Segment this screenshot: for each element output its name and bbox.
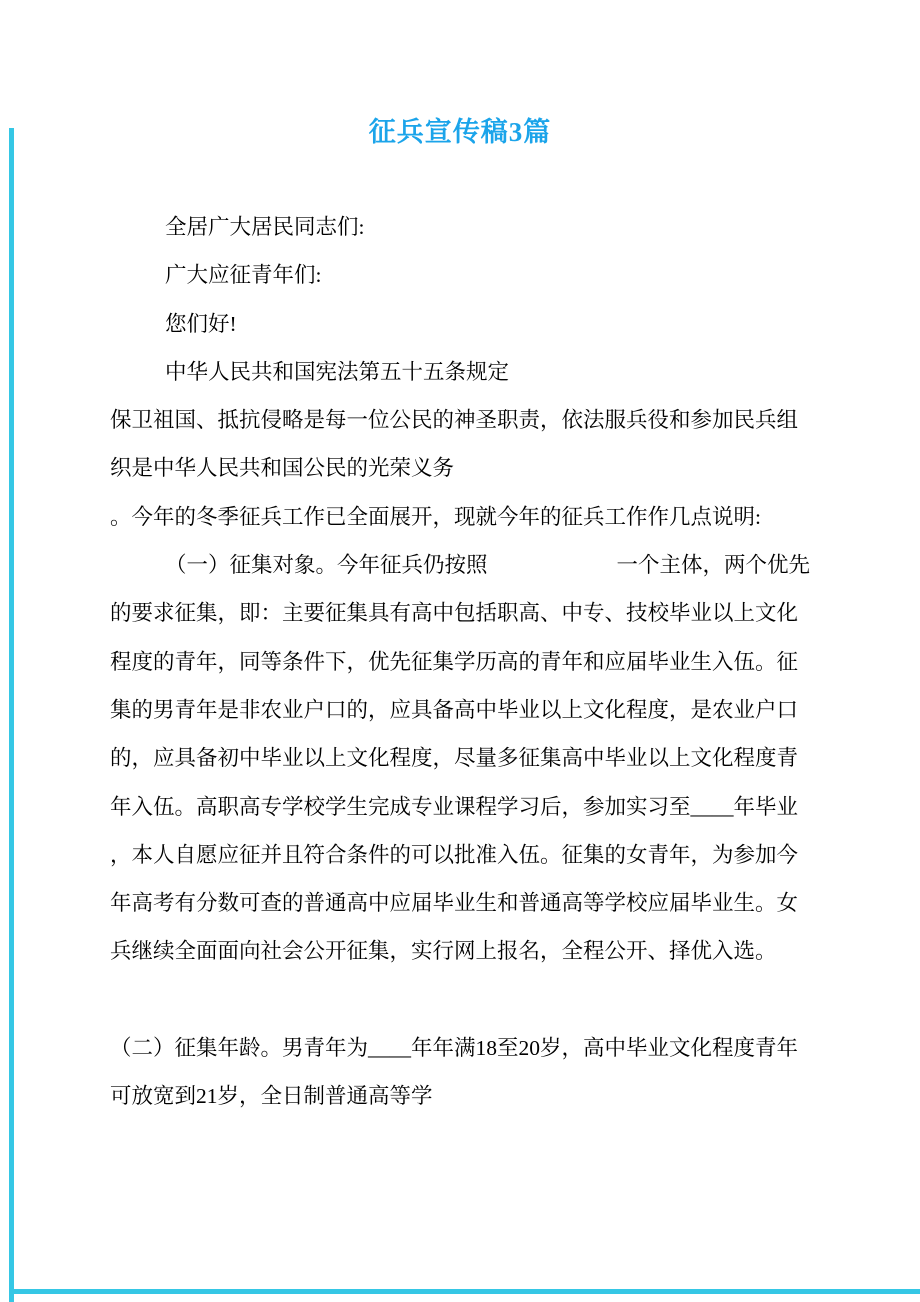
text-line: 年入伍。高职高专学校学生完成专业课程学习后，参加实习至____年毕业 [110,783,817,831]
bottom-accent-border [9,1289,920,1294]
text-line: 可放宽到21岁，全日制普通高等学 [110,1072,817,1120]
text-line: （二）征集年龄。男青年为____年年满18至20岁，高中毕业文化程度青年 [110,1024,817,1072]
text-line: （一）征集对象。今年征兵仍按照 一个主体，两个优先 [110,541,817,589]
text-line [110,976,817,1024]
text-line: 程度的青年，同等条件下，优先征集学历高的青年和应届毕业生入伍。征 [110,638,817,686]
text-line: 兵继续全面面向社会公开征集，实行网上报名，全程公开、择优入选。 [110,927,817,975]
document-page: 征兵宣传稿3篇 全居广大居民同志们:广大应征青年们:您们好!中华人民共和国宪法第… [0,0,920,1302]
text-line: 的要求征集，即：主要征集具有高中包括职高、中专、技校毕业以上文化 [110,589,817,637]
text-line: 中华人民共和国宪法第五十五条规定 [110,348,817,396]
text-line: 年高考有分数可查的普通高中应届毕业生和普通高等学校应届毕业生。女 [110,879,817,927]
text-line: 您们好! [110,300,817,348]
text-line: 的，应具备初中毕业以上文化程度，尽量多征集高中毕业以上文化程度青 [110,734,817,782]
text-line: 全居广大居民同志们: [110,203,817,251]
text-line: 广大应征青年们: [110,251,817,299]
text-line: 保卫祖国、抵抗侵略是每一位公民的神圣职责，依法服兵役和参加民兵组 [110,396,817,444]
text-line: 织是中华人民共和国公民的光荣义务 [110,444,817,492]
document-title: 征兵宣传稿3篇 [0,114,920,150]
text-line: 。今年的冬季征兵工作已全面展开，现就今年的征兵工作作几点说明: [110,493,817,541]
document-body: 全居广大居民同志们:广大应征青年们:您们好!中华人民共和国宪法第五十五条规定保卫… [110,203,817,1121]
text-line: ，本人自愿应征并且符合条件的可以批准入伍。征集的女青年，为参加今 [110,831,817,879]
text-line: 集的男青年是非农业户口的，应具备高中毕业以上文化程度，是农业户口 [110,686,817,734]
left-accent-border [9,128,14,1302]
